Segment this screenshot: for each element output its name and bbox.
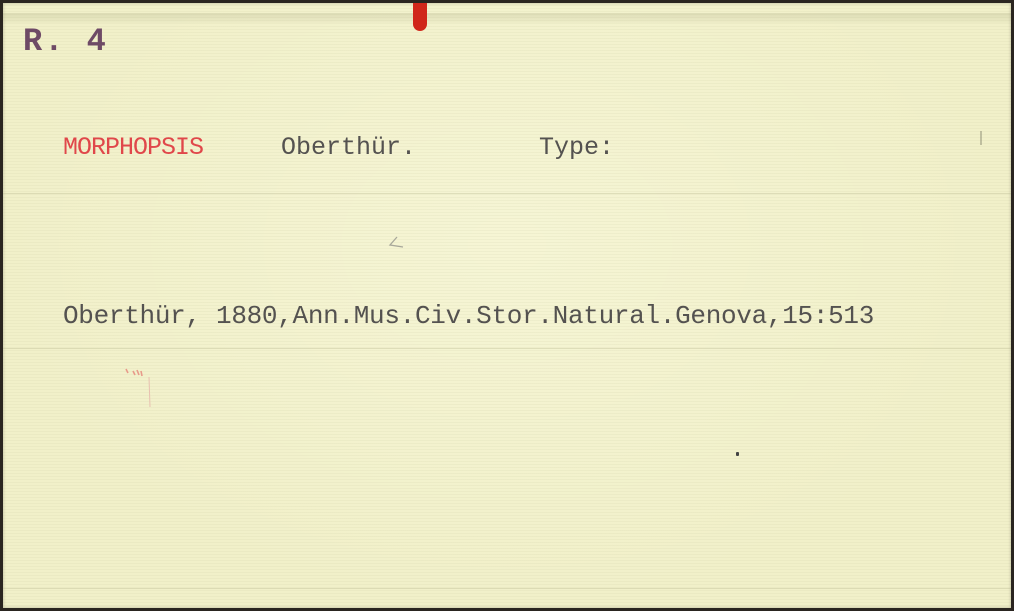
ruled-line [3, 348, 1011, 349]
ink-dot [736, 452, 739, 456]
red-tab-marker [413, 3, 427, 31]
citation: Oberthür, 1880,Ann.Mus.Civ.Stor.Natural.… [63, 301, 874, 331]
genus-name: MORPHOPSIS [63, 133, 203, 162]
index-card: R. 4 MORPHOPSIS Oberthür. Type: Oberthür… [3, 3, 1011, 608]
type-label: Type: [539, 133, 614, 162]
author-name: Oberthür. [281, 133, 416, 162]
card-top-band [3, 13, 1011, 23]
pencil-mark-icon [387, 235, 407, 249]
red-ink-mark-icon [123, 365, 153, 409]
ruled-line [3, 193, 1011, 194]
margin-tick [980, 131, 982, 145]
call-number: R. 4 [23, 23, 108, 60]
ruled-line [3, 588, 1011, 589]
